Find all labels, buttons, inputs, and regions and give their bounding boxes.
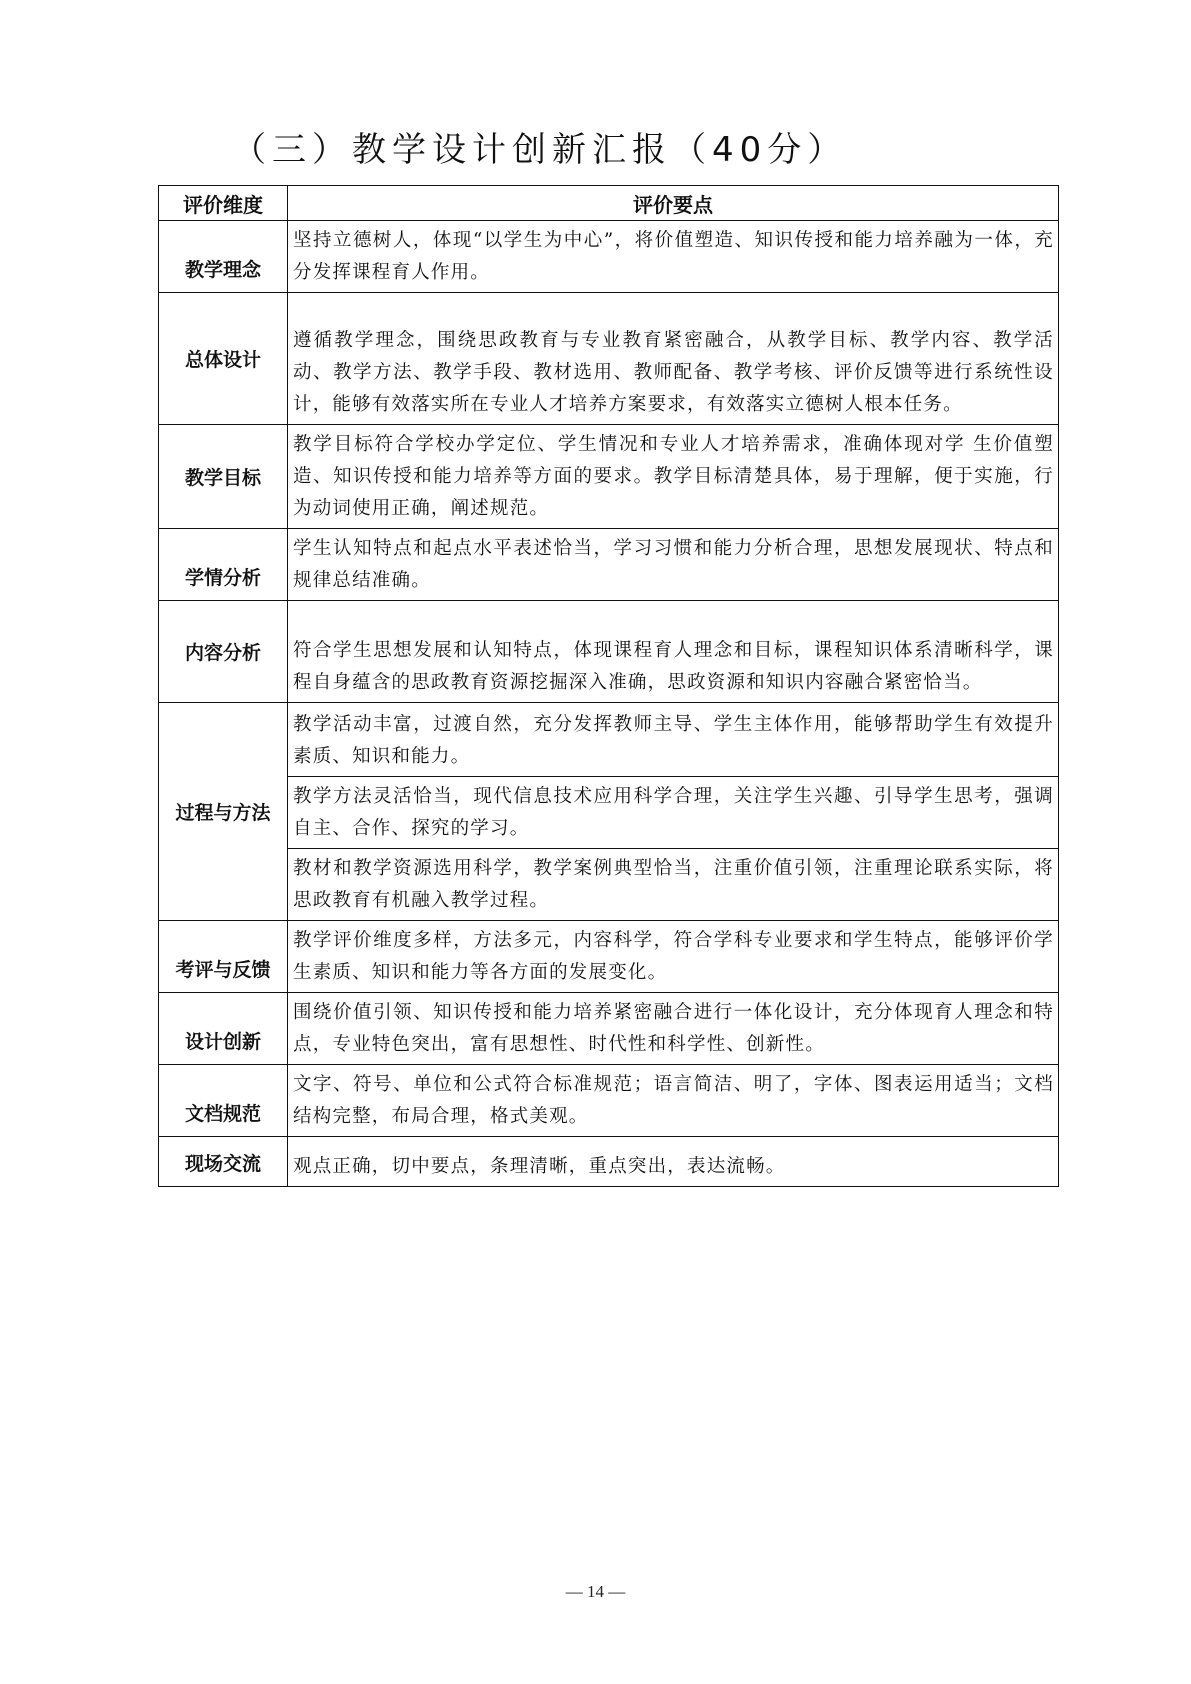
points-cell: 观点正确，切中要点，条理清晰，重点突出，表达流畅。 xyxy=(288,1137,1059,1187)
table-row: 教学目标 教学目标符合学校办学定位、学生情况和专业人才培养需求，准确体现对学 生… xyxy=(159,425,1059,529)
table-row: 设计创新 围绕价值引领、知识传授和能力培养紧密融合进行一体化设计，充分体现育人理… xyxy=(159,993,1059,1065)
table-row: 内容分析 符合学生思想发展和认知特点，体现课程育人理念和目标，课程知识体系清晰科… xyxy=(159,601,1059,703)
evaluation-table: 评价维度 评价要点 教学理念 坚持立德树人，体现“以学生为中心”，将价值塑造、知… xyxy=(158,185,1059,1187)
points-cell: 符合学生思想发展和认知特点，体现课程育人理念和目标，课程知识体系清晰科学，课程自… xyxy=(288,601,1059,703)
table-row: 现场交流 观点正确，切中要点，条理清晰，重点突出，表达流畅。 xyxy=(159,1137,1059,1187)
table-header-row: 评价维度 评价要点 xyxy=(159,186,1059,221)
points-cell: 文字、符号、单位和公式符合标准规范；语言简洁、明了，字体、图表运用适当；文档结构… xyxy=(288,1065,1059,1137)
header-dimension: 评价维度 xyxy=(159,186,288,221)
table-row: 教学方法灵活恰当，现代信息技术应用科学合理，关注学生兴趣、引导学生思考，强调自主… xyxy=(159,777,1059,849)
page-number: — 14 — xyxy=(0,1582,1191,1602)
dimension-cell: 文档规范 xyxy=(159,1065,288,1137)
dimension-cell: 内容分析 xyxy=(159,601,288,703)
points-cell: 教材和教学资源选用科学，教学案例典型恰当，注重价值引领，注重理论联系实际，将思政… xyxy=(288,849,1059,921)
table-row: 过程与方法 教学活动丰富，过渡自然，充分发挥教师主导、学生主体作用，能够帮助学生… xyxy=(159,703,1059,777)
dimension-cell: 总体设计 xyxy=(159,293,288,425)
section-heading: （三）教学设计创新汇报（40分） xyxy=(232,122,847,171)
points-cell: 坚持立德树人，体现“以学生为中心”，将价值塑造、知识传授和能力培养融为一体，充分… xyxy=(288,221,1059,293)
points-cell: 围绕价值引领、知识传授和能力培养紧密融合进行一体化设计，充分体现育人理念和特点，… xyxy=(288,993,1059,1065)
points-cell: 学生认知特点和起点水平表述恰当，学习习惯和能力分析合理，思想发展现状、特点和规律… xyxy=(288,529,1059,601)
table-row: 教材和教学资源选用科学，教学案例典型恰当，注重价值引领，注重理论联系实际，将思政… xyxy=(159,849,1059,921)
dimension-cell: 教学目标 xyxy=(159,425,288,529)
table-row: 考评与反馈 教学评价维度多样，方法多元，内容科学，符合学科专业要求和学生特点，能… xyxy=(159,921,1059,993)
table-row: 文档规范 文字、符号、单位和公式符合标准规范；语言简洁、明了，字体、图表运用适当… xyxy=(159,1065,1059,1137)
table-row: 总体设计 遵循教学理念，围绕思政教育与专业教育紧密融合，从教学目标、教学内容、教… xyxy=(159,293,1059,425)
points-cell: 教学方法灵活恰当，现代信息技术应用科学合理，关注学生兴趣、引导学生思考，强调自主… xyxy=(288,777,1059,849)
dimension-cell: 教学理念 xyxy=(159,221,288,293)
table-row: 学情分析 学生认知特点和起点水平表述恰当，学习习惯和能力分析合理，思想发展现状、… xyxy=(159,529,1059,601)
points-cell: 教学活动丰富，过渡自然，充分发挥教师主导、学生主体作用，能够帮助学生有效提升素质… xyxy=(288,703,1059,777)
points-cell: 遵循教学理念，围绕思政教育与专业教育紧密融合，从教学目标、教学内容、教学活动、教… xyxy=(288,293,1059,425)
header-points: 评价要点 xyxy=(288,186,1059,221)
points-cell: 教学目标符合学校办学定位、学生情况和专业人才培养需求，准确体现对学 生价值塑造、… xyxy=(288,425,1059,529)
dimension-cell: 考评与反馈 xyxy=(159,921,288,993)
dimension-cell: 设计创新 xyxy=(159,993,288,1065)
points-cell: 教学评价维度多样，方法多元，内容科学，符合学科专业要求和学生特点，能够评价学生素… xyxy=(288,921,1059,993)
dimension-cell: 过程与方法 xyxy=(159,703,288,921)
table-row: 教学理念 坚持立德树人，体现“以学生为中心”，将价值塑造、知识传授和能力培养融为… xyxy=(159,221,1059,293)
dimension-cell: 学情分析 xyxy=(159,529,288,601)
dimension-cell: 现场交流 xyxy=(159,1137,288,1187)
